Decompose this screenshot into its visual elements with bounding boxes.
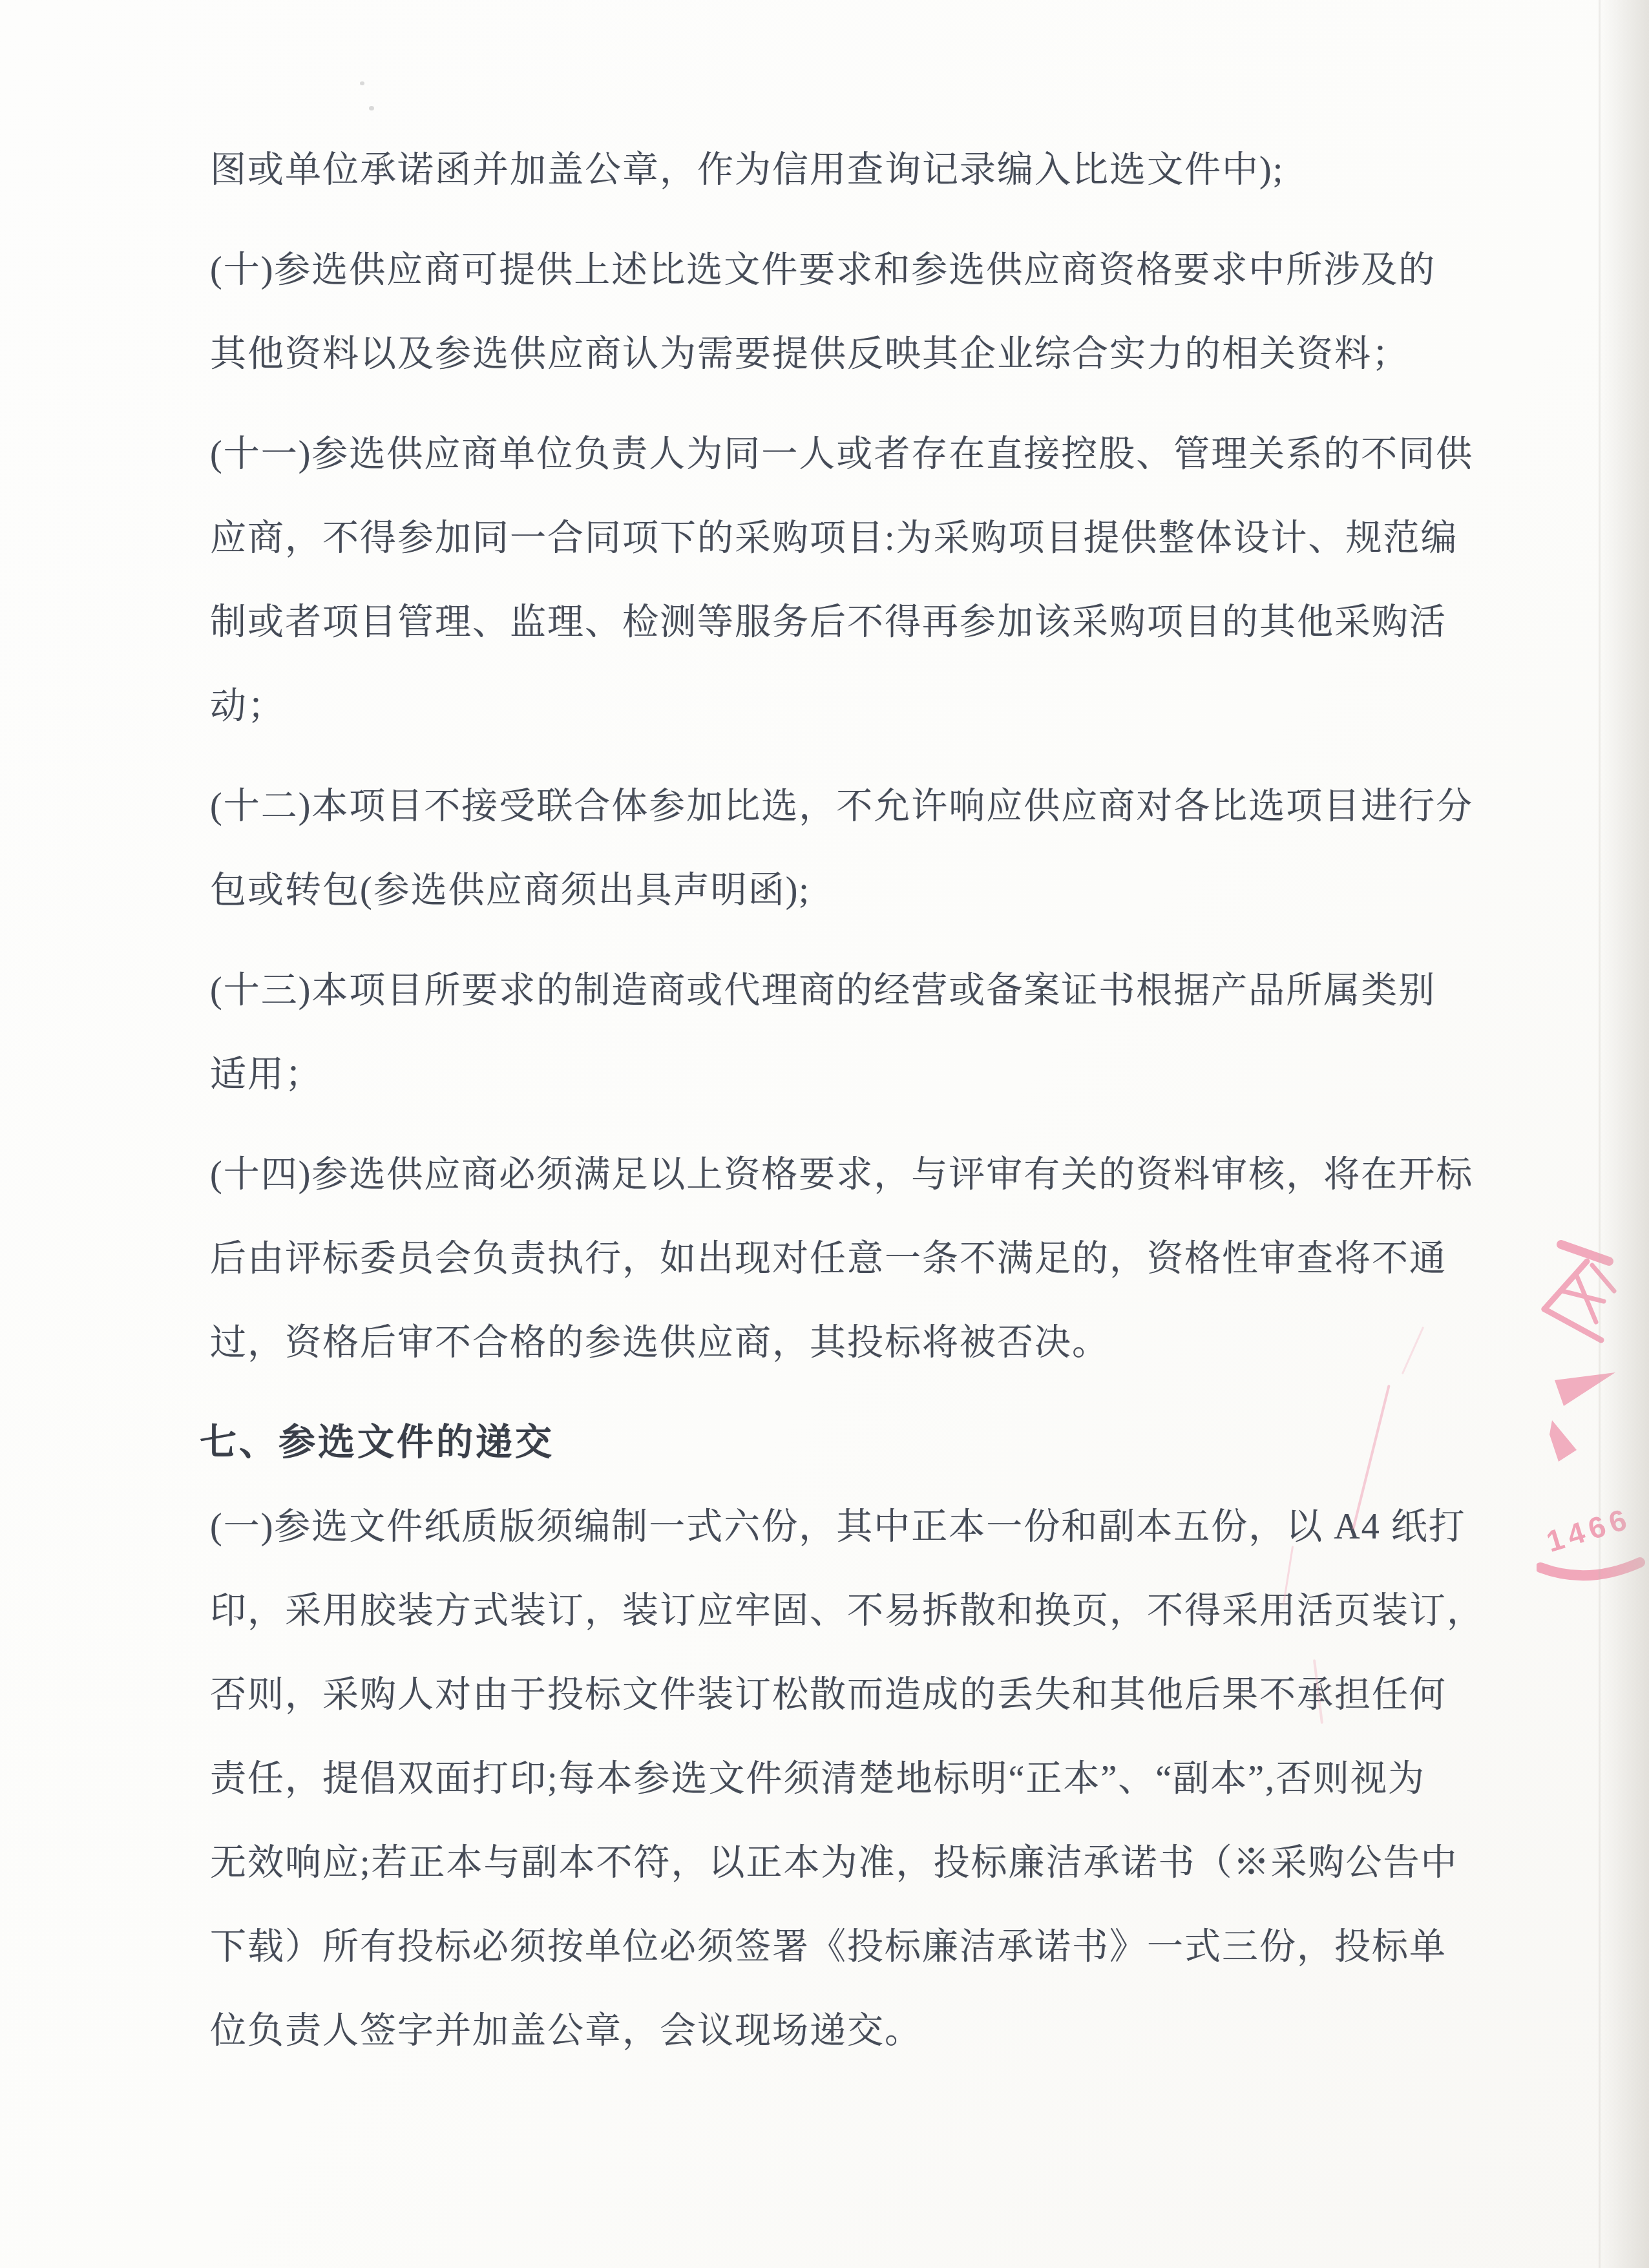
document-text-block: 图或单位承诺函并加盖公章，作为信用查询记录编入比选文件中); (十)参选供应商可… (210, 128, 1489, 2073)
document-line: 应商，不得参加同一合同项下的采购项目:为采购项目提供整体设计、规范编 (210, 496, 1489, 580)
document-line: 否则，采购人对由于投标文件装订松散而造成的丢失和其他后果不承担任何 (210, 1653, 1489, 1737)
document-line: (十三)本项目所要求的制造商或代理商的经营或备案证书根据产品所属类别 (210, 949, 1489, 1033)
red-stamp-mark: 1466 (1537, 1226, 1649, 1614)
section-heading: 七、参选文件的递交 (200, 1401, 1489, 1485)
document-line: 其他资料以及参选供应商认为需要提供反映其企业综合实力的相关资料； (210, 312, 1489, 396)
document-line: (一)参选文件纸质版须编制一式六份，其中正本一份和副本五份，以 A4 纸打 (210, 1485, 1489, 1569)
stamp-serial-number: 1466 (1542, 1501, 1635, 1559)
document-line: (十)参选供应商可提供上述比选文件要求和参选供应商资格要求中所涉及的 (210, 228, 1489, 312)
document-page: 图或单位承诺函并加盖公章，作为信用查询记录编入比选文件中); (十)参选供应商可… (0, 0, 1649, 2268)
document-line: 图或单位承诺函并加盖公章，作为信用查询记录编入比选文件中); (210, 128, 1489, 212)
document-line: 过，资格后审不合格的参选供应商，其投标将被否决。 (210, 1301, 1489, 1385)
document-line: 制或者项目管理、监理、检测等服务后不得再参加该采购项目的其他采购活 (210, 580, 1489, 664)
document-line: 动； (210, 664, 1489, 748)
document-line: 后由评标委员会负责执行，如出现对任意一条不满足的，资格性审查将不通 (210, 1217, 1489, 1301)
scan-speck (360, 81, 364, 85)
scan-edge-shadow (1599, 0, 1649, 2268)
document-line: 位负责人签字并加盖公章，会议现场递交。 (210, 1989, 1489, 2073)
document-line: (十一)参选供应商单位负责人为同一人或者存在直接控股、管理关系的不同供 (210, 412, 1489, 496)
document-line: 无效响应;若正本与副本不符，以正本为准，投标廉洁承诺书（※采购公告中 (210, 1821, 1489, 1905)
document-line: 适用； (210, 1033, 1489, 1117)
scan-edge-shadow (1599, 0, 1601, 2268)
document-line: 下载）所有投标必须按单位必须签署《投标廉洁承诺书》一式三份，投标单 (210, 1905, 1489, 1989)
document-line: 印，采用胶装方式装订，装订应牢固、不易拆散和换页，不得采用活页装订， (210, 1569, 1489, 1653)
document-line: (十二)本项目不接受联合体参加比选，不允许响应供应商对各比选项目进行分 (210, 764, 1489, 848)
document-line: 责任，提倡双面打印;每本参选文件须清楚地标明“正本”、“副本”,否则视为 (210, 1737, 1489, 1821)
document-line: (十四)参选供应商必须满足以上资格要求，与评审有关的资料审核，将在开标 (210, 1133, 1489, 1217)
document-line: 包或转包(参选供应商须出具声明函); (210, 848, 1489, 932)
scan-speck (369, 106, 374, 110)
